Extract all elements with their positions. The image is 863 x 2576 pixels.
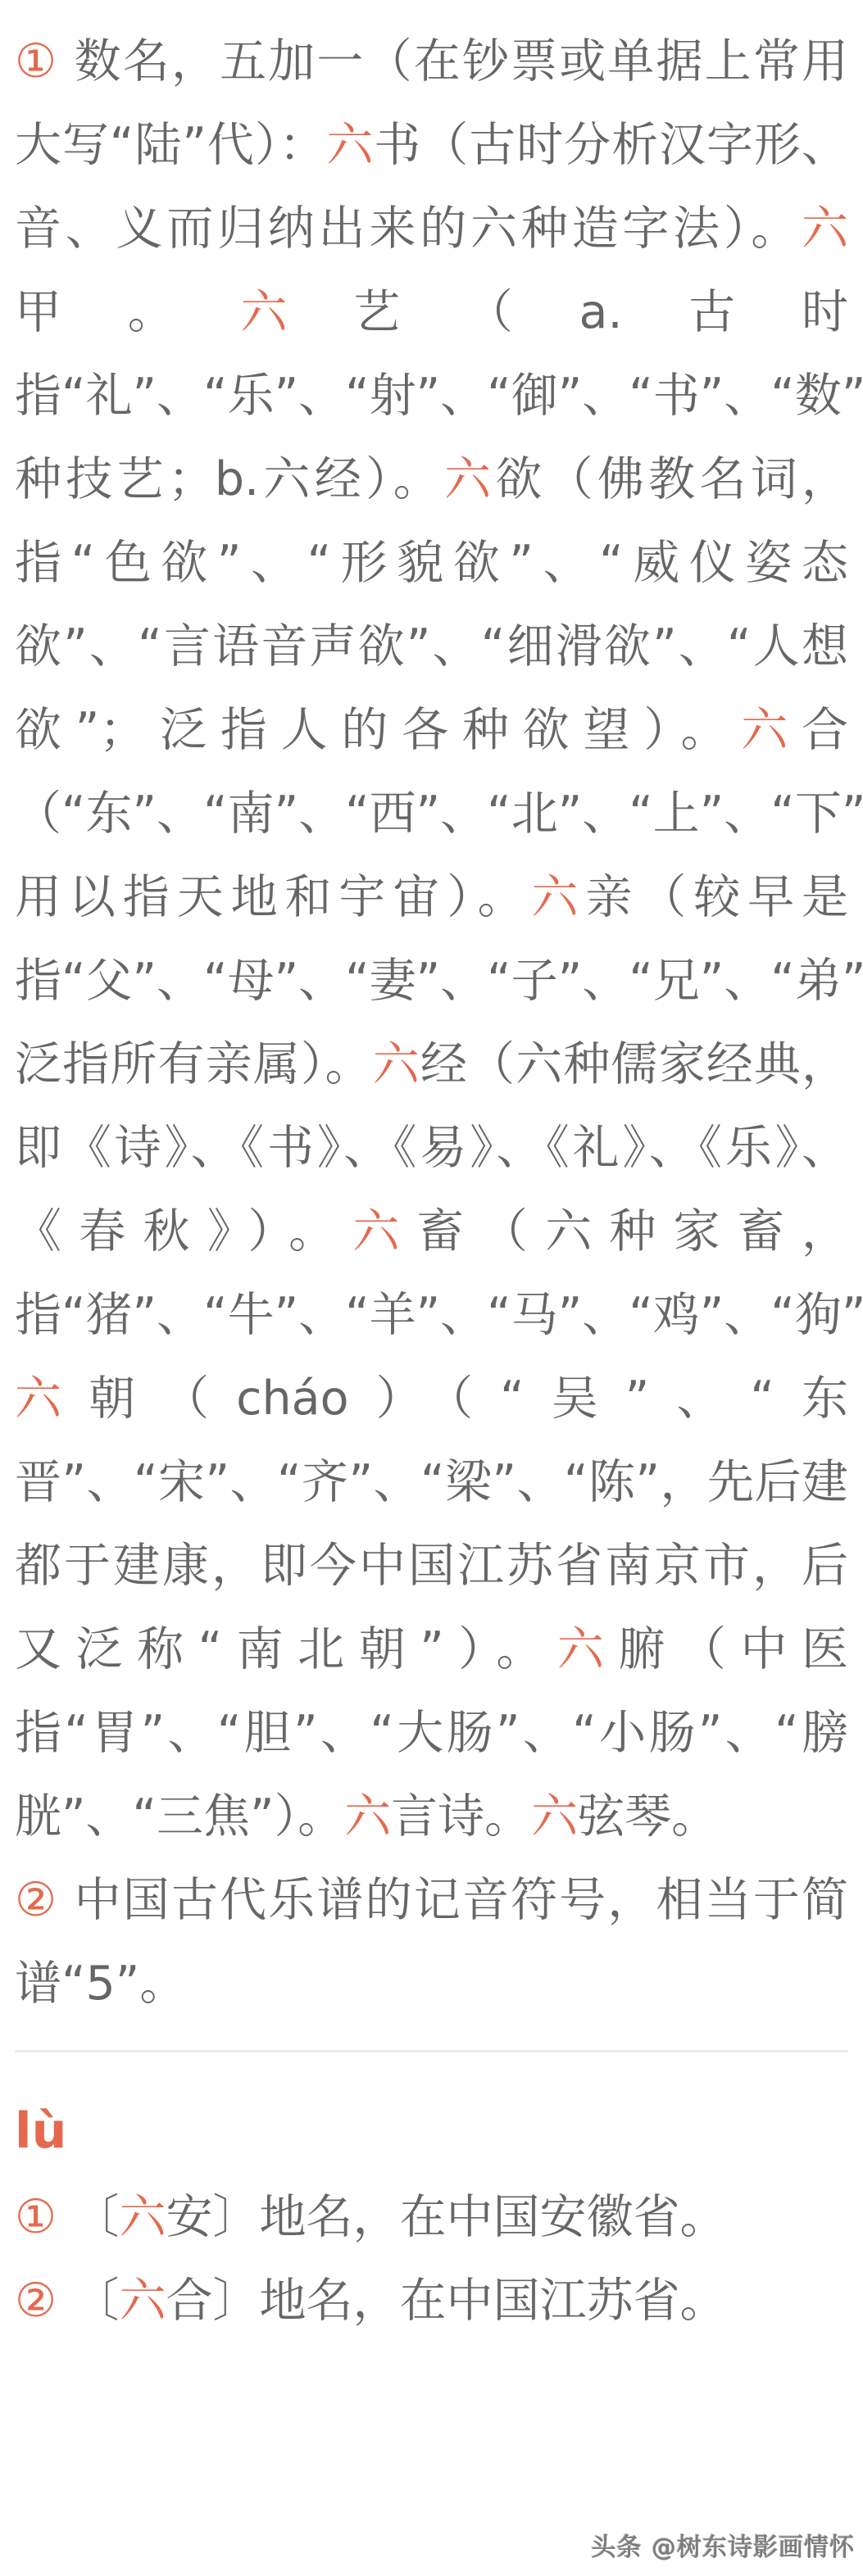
headword-highlight: 六 bbox=[557, 1622, 619, 1676]
definition-text: 弦琴。 bbox=[578, 1789, 718, 1844]
headword-highlight: 六 bbox=[119, 2190, 166, 2244]
watermark: 头条 @树东诗影画情怀 bbox=[592, 2527, 855, 2563]
sense-number: ① bbox=[15, 34, 58, 88]
headword-highlight: 六 bbox=[531, 1789, 578, 1844]
definition-text: 安〕地名，在中国安徽省。 bbox=[166, 2190, 726, 2244]
sense-number: ① bbox=[15, 2190, 57, 2244]
sense-number: ② bbox=[15, 1873, 58, 1927]
pinyin-heading-lu: lù bbox=[15, 2090, 848, 2172]
headword-highlight: 六 bbox=[240, 285, 353, 339]
sense-2-definition: ②中国古代乐谱的记音符号，相当于简谱“5”。 bbox=[15, 1858, 848, 2025]
sense-1-definition: ①数名，五加一（在钞票或单据上常用大写“陆”代）：六书（古时分析汉字形、音、义而… bbox=[15, 20, 848, 1858]
definition-text: 甲。 bbox=[15, 285, 240, 339]
section-divider bbox=[15, 2050, 848, 2052]
definition-text: 言诗。 bbox=[391, 1789, 531, 1844]
sense-number: ② bbox=[15, 2274, 57, 2328]
headword-highlight: 六 bbox=[444, 452, 495, 506]
definition-text: 〔 bbox=[72, 2190, 119, 2244]
headword-highlight: 六 bbox=[344, 1789, 391, 1844]
headword-highlight: 六 bbox=[532, 870, 586, 924]
headword-highlight: 六 bbox=[352, 1204, 416, 1259]
headword-highlight: 六 bbox=[741, 703, 802, 757]
definition-text: 〔 bbox=[72, 2274, 119, 2328]
headword-highlight: 六 bbox=[802, 202, 848, 256]
headword-highlight: 六 bbox=[15, 1372, 89, 1426]
dictionary-entry: ①数名，五加一（在钞票或单据上常用大写“陆”代）：六书（古时分析汉字形、音、义而… bbox=[0, 0, 863, 2342]
definition-text: 合〕地名，在中国江苏省。 bbox=[166, 2274, 726, 2328]
definition-text: 中国古代乐谱的记音符号，相当于简谱“5”。 bbox=[15, 1873, 848, 2011]
lu-sense-2-definition: ②〔六合〕地名，在中国江苏省。 bbox=[15, 2259, 848, 2342]
headword-highlight: 六 bbox=[119, 2274, 166, 2328]
lu-sense-1-definition: ①〔六安〕地名，在中国安徽省。 bbox=[15, 2175, 848, 2259]
dictionary-page: { "page": { "background": "#ffffff", "ac… bbox=[0, 0, 863, 2576]
headword-highlight: 六 bbox=[373, 1037, 420, 1091]
headword-highlight: 六 bbox=[326, 118, 374, 172]
